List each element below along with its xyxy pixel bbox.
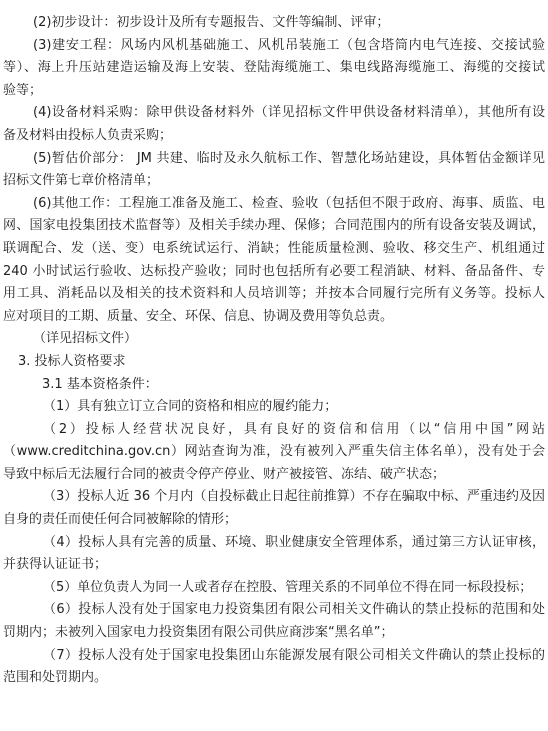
document-line: （2）投标人经营状况良好，具有良好的资信和信用（以“信用中国”网站	[3, 419, 545, 442]
document-line: 3.1 基本资格条件：	[3, 374, 545, 397]
document-line: (4)设备材料采购：除甲供设备材料外（详见招标文件甲供设备材料清单），其他所有设	[3, 102, 545, 125]
document-page: (2)初步设计：初步设计及所有专题报告、文件等编制、评审；(3)建安工程：风场内…	[0, 0, 548, 731]
document-line: （6）投标人没有处于国家电力投资集团有限公司相关文件确认的禁止投标的范围和处	[3, 599, 545, 622]
document-line: 用工具、消耗品以及相关的技术资料和人员培训等；并按本合同履行完所有义务等。投标人	[3, 283, 545, 306]
document-line: 联调配合、发（送、变）电系统试运行、消缺；性能质量检测、验收、移交生产、机组通过	[3, 238, 545, 261]
document-line: （5）单位负责人为同一人或者存在控股、管理关系的不同单位不得在同一标段投标；	[3, 577, 545, 600]
document-line: 应对项目的工期、质量、安全、环保、信息、协调及费用等负总责。	[3, 306, 545, 329]
document-line: 并获得认证证书；	[3, 554, 545, 577]
document-line: （1）具有独立订立合同的资格和相应的履约能力；	[3, 396, 545, 419]
document-body: (2)初步设计：初步设计及所有专题报告、文件等编制、评审；(3)建安工程：风场内…	[0, 0, 548, 690]
document-line: 备及材料由投标人负责采购；	[3, 125, 545, 148]
document-line: 等）、海上升压站建造运输及海上安装、登陆海缆施工、集电线路海缆施工、海缆的交接试	[3, 57, 545, 80]
document-line: 招标文件第七章价格清单；	[3, 170, 545, 193]
document-line: 网、国家电投集团技术监督等）及相关手续办理、保修；合同范围内的所有设备安装及调试…	[3, 215, 545, 238]
document-line: 自身的责任而使任何合同被解除的情形；	[3, 509, 545, 532]
document-line: 罚期内；未被列入国家电力投资集团有限公司供应商涉案“黑名单”；	[3, 622, 545, 645]
document-line: 3. 投标人资格要求	[3, 351, 545, 374]
document-line: (2)初步设计：初步设计及所有专题报告、文件等编制、评审；	[3, 12, 545, 35]
document-line: （详见招标文件）	[3, 328, 545, 351]
document-line: 导致中标后无法履行合同的被责令停产停业、财产被接管、冻结、破产状态；	[3, 464, 545, 487]
document-line: 240 小时试运行验收、达标投产验收；同时也包括所有必要工程消缺、材料、备品备件…	[3, 261, 545, 284]
document-line: （www.creditchina.gov.cn）网站查询为准，没有被列入严重失信…	[3, 441, 545, 464]
document-line: （3）投标人近 36 个月内（自投标截止日起往前推算）不存在骗取中标、严重违约及…	[3, 486, 545, 509]
document-line: (3)建安工程：风场内风机基础施工、风机吊装施工（包含塔筒内电气连接、交接试验	[3, 35, 545, 58]
document-line: 范围和处罚期内。	[3, 667, 545, 690]
document-line: (6)其他工作：工程施工准备及施工、检查、验收（包括但不限于政府、海事、质监、电	[3, 193, 545, 216]
document-line: （7）投标人没有处于国家电投集团山东能源发展有限公司相关文件确认的禁止投标的	[3, 645, 545, 668]
document-line: （4）投标人具有完善的质量、环境、职业健康安全管理体系，通过第三方认证审核，	[3, 532, 545, 555]
document-line: 验等；	[3, 80, 545, 103]
document-line: (5)暂估价部分： JM 共建、临时及永久航标工作、智慧化场站建设，具体暂估金额…	[3, 148, 545, 171]
